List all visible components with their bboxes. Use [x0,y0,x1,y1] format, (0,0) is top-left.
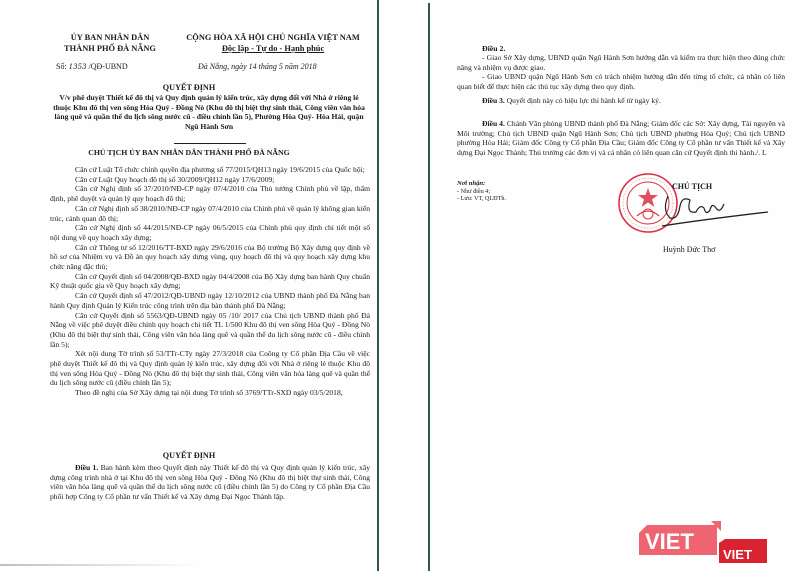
recipient-item: - Như điều 4; [457,188,506,196]
legal-ground-item: Căn cứ Quyết định số 04/2008/QĐ-BXD ngày… [50,272,370,291]
legal-ground-item: Căn cứ Quyết định số 5563/QĐ-UBND ngày 0… [50,311,370,350]
issuer-line2: THÀNH PHỐ ĐÀ NẴNG [50,44,170,55]
signature-icon [660,190,770,230]
article-2-item: - Giao Sở Xây dựng, UBND quận Ngũ Hành S… [457,53,785,72]
nation-motto: Độc lập - Tự do - Hạnh phúc [178,44,368,55]
svg-text:VIET: VIET [645,529,694,554]
decision-subtitle: V/v phê duyệt Thiết kế đô thị và Quy địn… [50,93,368,131]
issuer-header: ỦY BAN NHÂN DÂN THÀNH PHỐ ĐÀ NẴNG [50,33,170,54]
recipients-block: Nơi nhận: - Như điều 4; - Lưu: VT, QLĐTh… [457,180,506,203]
legal-ground-item: Xét nội dung Tờ trình số 53/TTr-CTy ngày… [50,349,370,388]
decision-heading: QUYẾT ĐỊNH [0,451,378,460]
legal-grounds: Căn cứ Luật Tổ chức chính quyền địa phươ… [50,165,370,398]
article-1-label: Điều 1. [75,463,98,472]
page-shadow [0,564,200,566]
legal-ground-item: Căn cứ Nghị định số 38/2010/NĐ-CP ngày 0… [50,204,370,223]
article-2: - Giao Sở Xây dựng, UBND quận Ngũ Hành S… [457,53,785,91]
signer-name: Huỳnh Đức Thơ [663,245,715,254]
legal-ground-item: Căn cứ Nghị định số 44/2015/NĐ-CP ngày 0… [50,223,370,242]
right-page-edge [428,3,430,571]
handwritten-number: 1353 [69,63,87,71]
legal-ground-item: Căn cứ Luật Quy hoạch đô thị số 30/2009/… [50,175,370,185]
legal-ground-item: Căn cứ Thông tư số 12/2016/TT-BXD ngày 2… [50,243,370,272]
legal-ground-item: Theo đề nghị của Sở Xây dựng tại nội dun… [50,388,370,398]
title-divider [174,143,246,144]
article-1-text: Ban hành kèm theo Quyết định này Thiết k… [50,463,370,501]
recipient-item: - Lưu: VT, QLĐTh. [457,195,506,203]
article-2-label: Điều 2. [482,44,505,53]
decision-title: QUYẾT ĐỊNH [0,83,378,92]
article-2-item: - Giao UBND quận Ngũ Hành Sơn có trách n… [457,72,785,91]
vietnamnet-logo-icon: VIET VIET [635,519,775,567]
document-date: Đà Nẵng, ngày 14 tháng 5 năm 2018 [198,62,317,71]
issuer-line1: ỦY BAN NHÂN DÂN [50,33,170,44]
authority-heading: CHỦ TỊCH ỦY BAN NHÂN DÂN THÀNH PHỐ ĐÀ NẴ… [0,148,378,157]
legal-ground-item: Căn cứ Quyết định số 47/2012/QĐ-UBND ngà… [50,291,370,310]
article-1: Điều 1. Ban hành kèm theo Quyết định này… [50,463,370,502]
document-number: Số: 1353 /QĐ-UBND [56,62,128,71]
nation-line1: CỘNG HÒA XÃ HỘI CHỦ NGHĨA VIỆT NAM [178,33,368,44]
legal-ground-item: Căn cứ Nghị định số 37/2010/NĐ-CP ngày 0… [50,184,370,203]
article-3: Điều 3. Quyết định này có hiệu lực thi h… [457,96,785,106]
article-4: Điều 4. Chánh Văn phòng UBND thành phố Đ… [457,119,785,157]
legal-ground-item: Căn cứ Luật Tổ chức chính quyền địa phươ… [50,165,370,175]
signer-title: CHỦ TỊCH [672,182,712,191]
svg-text:VIET: VIET [723,547,752,562]
nation-header: CỘNG HÒA XÃ HỘI CHỦ NGHĨA VIỆT NAM Độc l… [178,33,368,54]
